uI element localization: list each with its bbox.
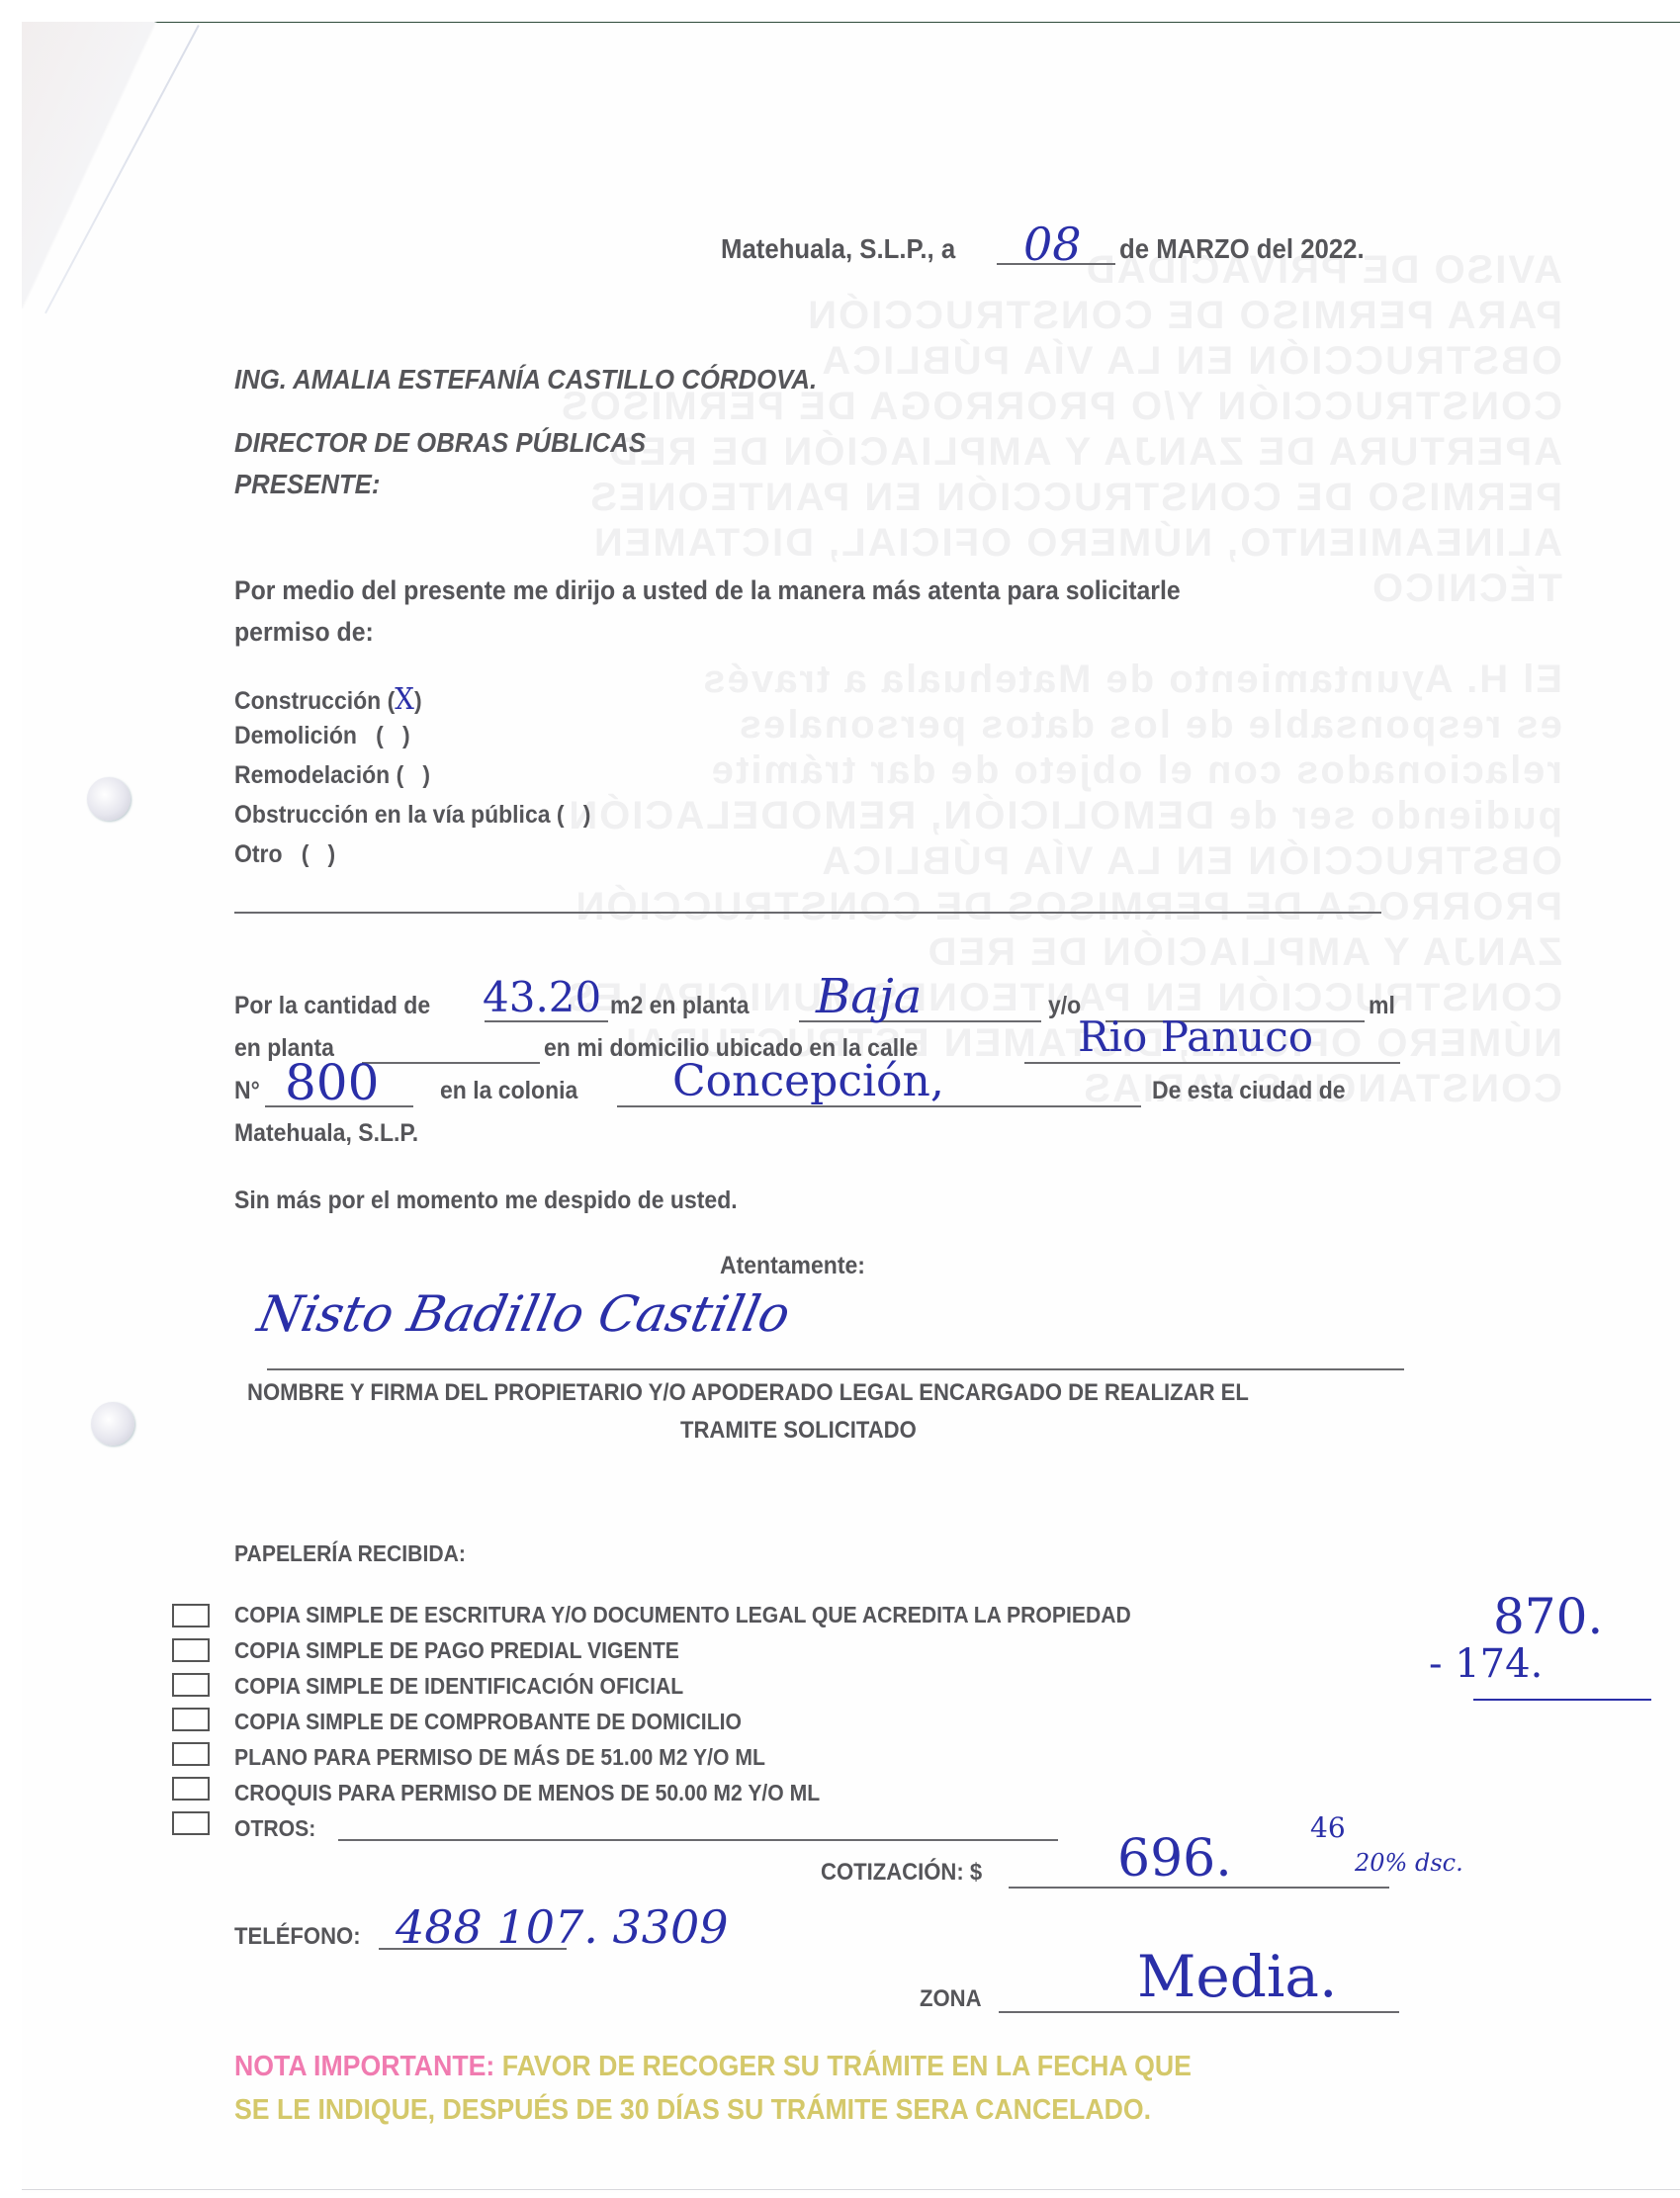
papeleria-item-label: CROQUIS PARA PERMISO DE MENOS DE 50.00 M… bbox=[234, 1780, 820, 1806]
papeleria-checkbox[interactable] bbox=[172, 1742, 210, 1766]
papeleria-item-label: COPIA SIMPLE DE IDENTIFICACIÓN OFICIAL bbox=[234, 1673, 683, 1700]
permit-label: Construcción bbox=[234, 687, 381, 715]
m2-label: m2 en planta bbox=[610, 992, 750, 1020]
recipient-title: DIRECTOR DE OBRAS PÚBLICAS bbox=[234, 427, 646, 459]
ml-label: ml bbox=[1369, 992, 1395, 1020]
signature-caption-2: TRAMITE SOLICITADO bbox=[680, 1417, 917, 1445]
papeleria-title: PAPELERÍA RECIBIDA: bbox=[234, 1540, 466, 1567]
permit-label: Obstrucción en la vía pública bbox=[234, 801, 551, 829]
papeleria-item-label: COPIA SIMPLE DE COMPROBANTE DE DOMICILIO bbox=[234, 1709, 742, 1735]
permit-remodelacion[interactable]: Remodelación ( ) bbox=[234, 761, 430, 790]
papeleria-checkbox[interactable] bbox=[172, 1638, 210, 1662]
ciudad-line-2: Matehuala, S.L.P. bbox=[234, 1119, 418, 1148]
papeleria-item-label: OTROS: bbox=[234, 1815, 315, 1842]
atentamente-label: Atentamente: bbox=[720, 1252, 865, 1280]
quantity-label: Por la cantidad de bbox=[234, 992, 430, 1020]
calle-value[interactable]: Rio Panuco bbox=[1078, 1012, 1313, 1061]
permit-label: Demolición bbox=[234, 722, 357, 749]
permit-label: Remodelación bbox=[234, 761, 390, 789]
page-bottom-edge bbox=[22, 2189, 1680, 2190]
papeleria-checkbox[interactable] bbox=[172, 1604, 210, 1627]
papeleria-item-label: COPIA SIMPLE DE PAGO PREDIAL VIGENTE bbox=[234, 1637, 679, 1664]
zona-line bbox=[999, 2011, 1399, 2013]
calle-line bbox=[1024, 1062, 1400, 1064]
recipient-greeting: PRESENTE: bbox=[234, 469, 380, 500]
zona-label: ZONA bbox=[920, 1985, 982, 2013]
permit-construccion[interactable]: Construcción (X) bbox=[234, 682, 422, 717]
punch-hole-upper bbox=[87, 777, 131, 821]
ciudad-label: De esta ciudad de bbox=[1152, 1077, 1346, 1105]
date-prefix: Matehuala, S.L.P., a bbox=[721, 233, 955, 265]
farewell-text: Sin más por el momento me despido de ust… bbox=[234, 1187, 738, 1215]
intro-line-1: Por medio del presente me dirijo a usted… bbox=[234, 575, 1181, 606]
telefono-value[interactable]: 488 107. 3309 bbox=[396, 1900, 729, 1954]
nota-line-1: NOTA IMPORTANTE: FAVOR DE RECOGER SU TRÁ… bbox=[234, 2051, 1192, 2083]
numero-label: N° bbox=[234, 1077, 260, 1105]
nota-label: NOTA IMPORTANTE: bbox=[234, 2051, 494, 2082]
signature: Nisto Badillo Castillo bbox=[253, 1285, 795, 1343]
numero-value[interactable]: 800 bbox=[285, 1054, 379, 1111]
papeleria-checkbox[interactable] bbox=[172, 1777, 210, 1801]
planta-value[interactable]: Baja bbox=[816, 969, 922, 1024]
cotizacion-discount-note: 20% dsc. bbox=[1355, 1849, 1463, 1877]
en-planta-line bbox=[362, 1062, 540, 1064]
telefono-label: TELÉFONO: bbox=[234, 1923, 361, 1951]
punch-hole-lower bbox=[91, 1402, 134, 1446]
colonia-label: en la colonia bbox=[440, 1077, 577, 1105]
permit-obstruccion[interactable]: Obstrucción en la vía pública ( ) bbox=[234, 801, 590, 830]
permit-demolicion[interactable]: Demolición ( ) bbox=[234, 722, 410, 750]
date-day-value: 08 bbox=[1023, 218, 1082, 271]
papeleria-checkbox[interactable] bbox=[172, 1708, 210, 1731]
recipient-name: ING. AMALIA ESTEFANÍA CASTILLO CÓRDOVA. bbox=[234, 364, 817, 396]
papeleria-item-label: COPIA SIMPLE DE ESCRITURA Y/O DOCUMENTO … bbox=[234, 1602, 1131, 1628]
signature-caption-1: NOMBRE Y FIRMA DEL PROPIETARIO Y/O APODE… bbox=[247, 1379, 1249, 1407]
nota-line-2: SE LE INDIQUE, DESPUÉS DE 30 DÍAS SU TRÁ… bbox=[234, 2094, 1151, 2127]
colonia-value[interactable]: Concepción, bbox=[672, 1056, 944, 1106]
permit-label: Otro bbox=[234, 840, 283, 868]
intro-line-2: permiso de: bbox=[234, 617, 374, 648]
signature-line bbox=[267, 1368, 1404, 1370]
papeleria-checkbox[interactable] bbox=[172, 1673, 210, 1697]
otros-fill-line bbox=[338, 1839, 1058, 1841]
papeleria-checkbox[interactable] bbox=[172, 1811, 210, 1835]
permit-otro[interactable]: Otro ( ) bbox=[234, 840, 335, 869]
margin-calc-line-1: 870. bbox=[1493, 1588, 1603, 1645]
date-suffix: de MARZO del 2022. bbox=[1119, 233, 1365, 265]
margin-calc-line-2: - 174. bbox=[1429, 1641, 1543, 1687]
zona-value[interactable]: Media. bbox=[1137, 1943, 1337, 2010]
margin-calc-underline bbox=[1473, 1699, 1651, 1701]
nota-text-1: FAVOR DE RECOGER SU TRÁMITE EN LA FECHA … bbox=[502, 2051, 1192, 2082]
otro-fill-line bbox=[234, 912, 1381, 914]
cotizacion-value[interactable]: 696. bbox=[1117, 1829, 1232, 1889]
quantity-value[interactable]: 43.20 bbox=[483, 973, 601, 1021]
cotizacion-cents: 46 bbox=[1310, 1811, 1346, 1844]
check-mark-x: X bbox=[395, 682, 414, 717]
yo-label: y/o bbox=[1048, 992, 1081, 1020]
cotizacion-label: COTIZACIÓN: $ bbox=[821, 1859, 982, 1887]
papeleria-item-label: PLANO PARA PERMISO DE MÁS DE 51.00 M2 Y/… bbox=[234, 1744, 765, 1771]
